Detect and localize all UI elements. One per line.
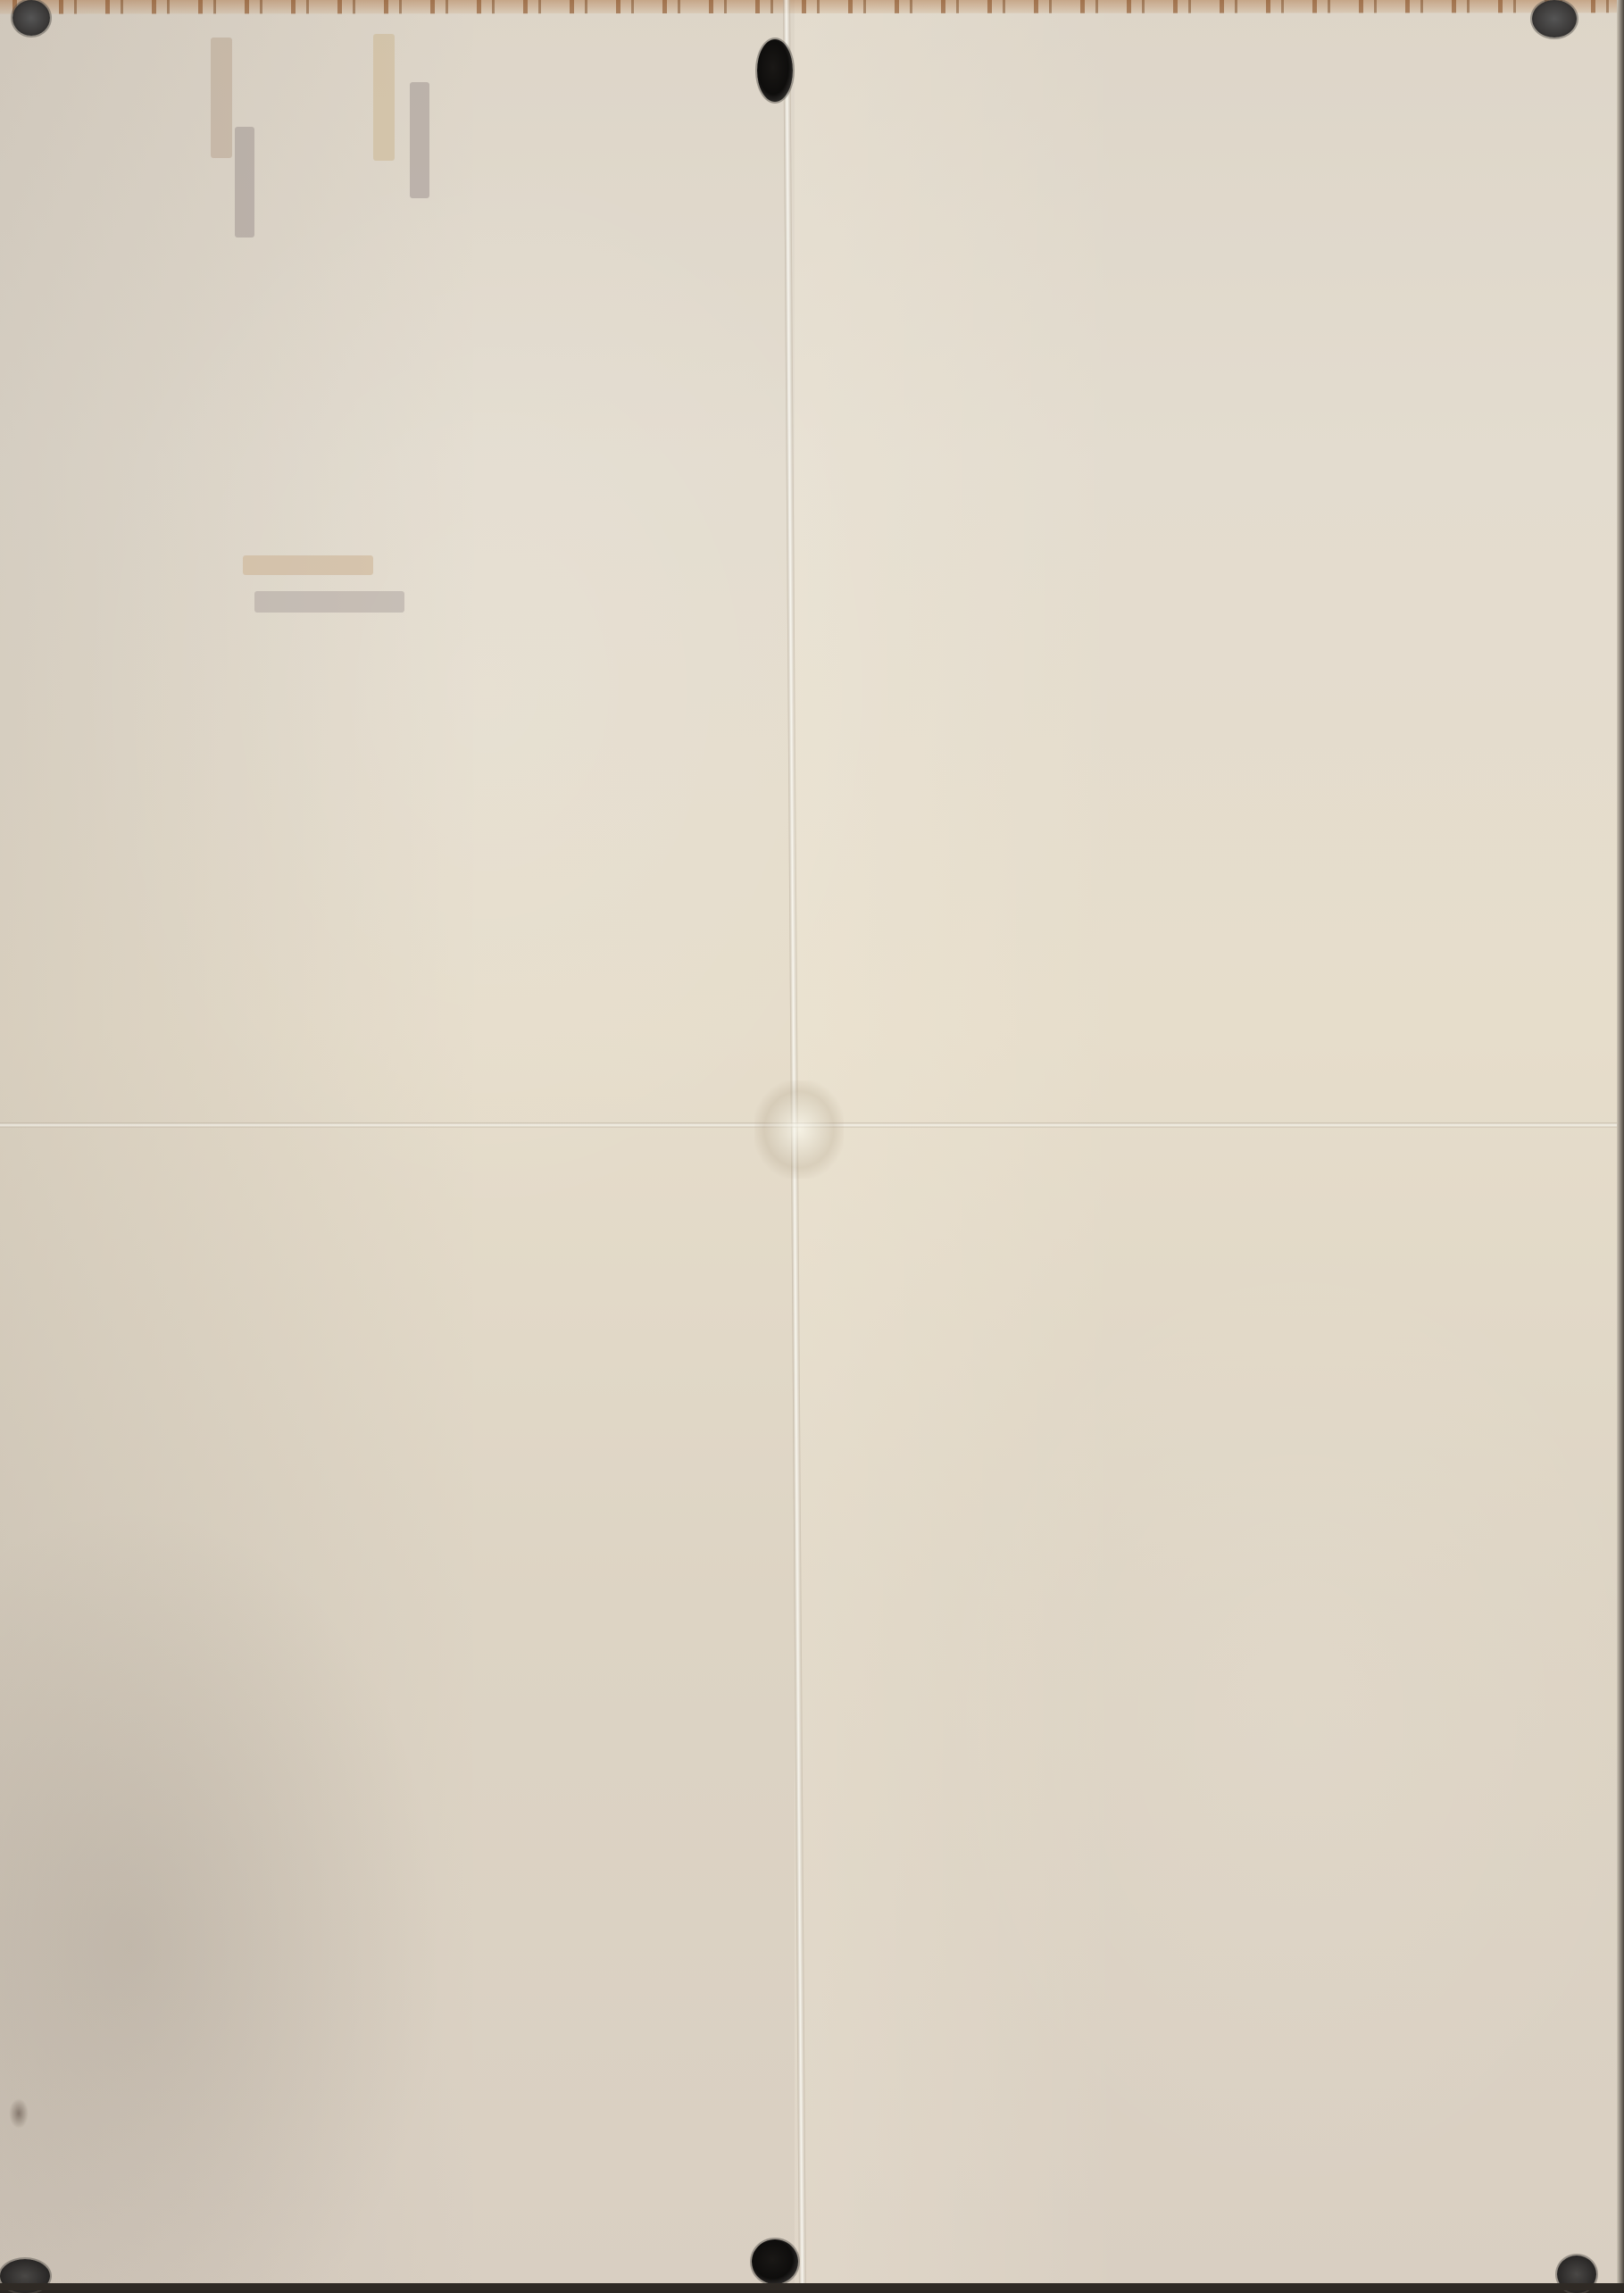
edge-stain xyxy=(9,2098,29,2129)
tape-residue xyxy=(410,82,429,198)
tape-residue xyxy=(243,555,373,575)
right-highlight xyxy=(795,0,1624,2290)
tape-residue xyxy=(254,591,404,613)
poster-back-paper xyxy=(0,0,1624,2290)
fold-intersection-crumple xyxy=(754,1080,844,1179)
left-shading xyxy=(0,0,804,2290)
tape-residue xyxy=(373,34,395,161)
mount-hole-top-center xyxy=(757,39,793,102)
mount-hole-top-left xyxy=(12,0,50,36)
paper-right-edge xyxy=(1617,0,1624,2290)
tape-residue xyxy=(211,38,232,158)
mount-hole-top-right xyxy=(1532,0,1577,38)
mount-hole-bottom-center xyxy=(752,2239,798,2284)
paper-bottom-edge xyxy=(0,2283,1624,2290)
tape-residue xyxy=(235,127,254,238)
